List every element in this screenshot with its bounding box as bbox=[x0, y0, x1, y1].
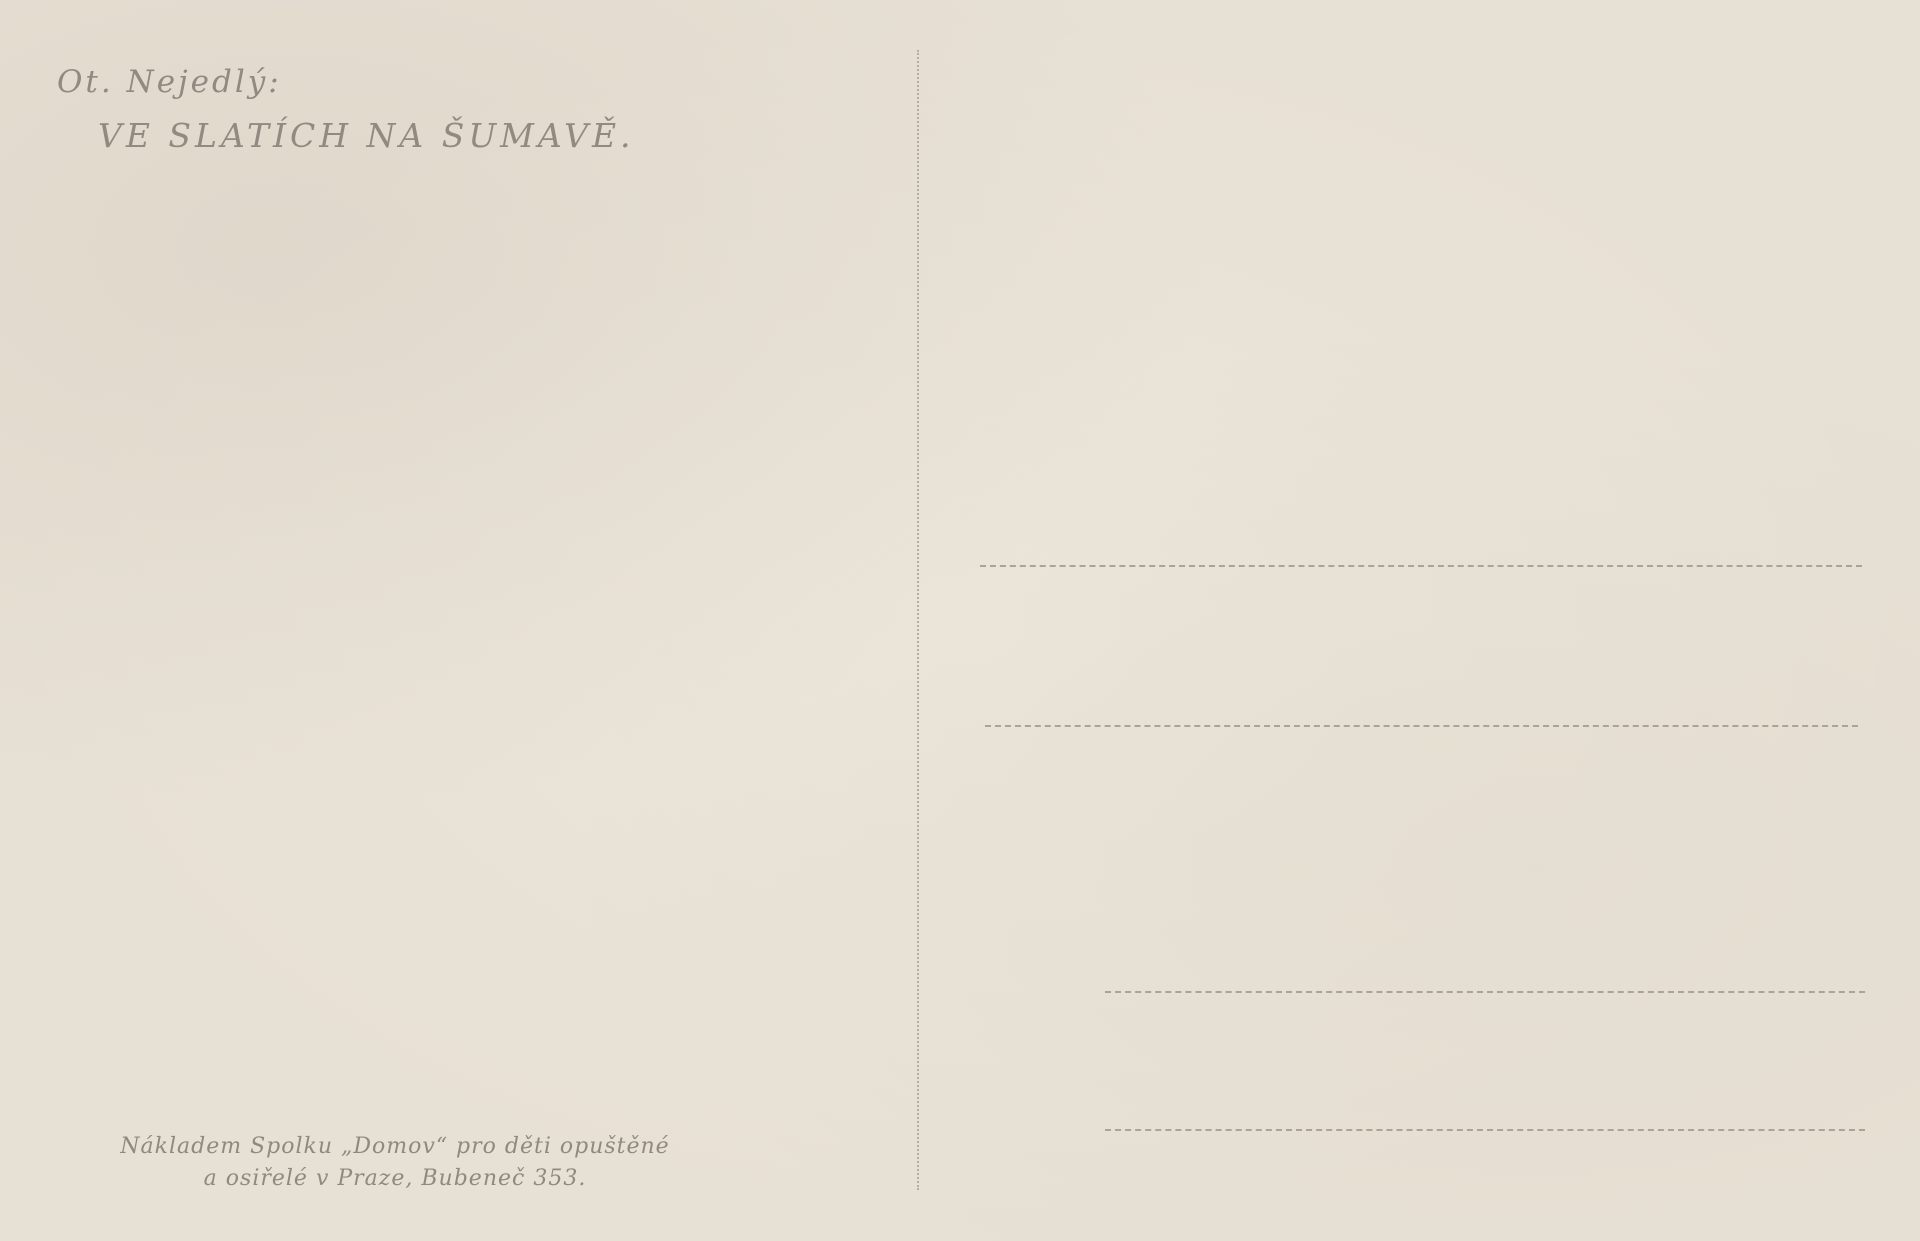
title-heading: VE SLATÍCH NA ŠUMAVĚ. bbox=[98, 116, 635, 155]
address-line-2 bbox=[985, 725, 1858, 727]
center-divider bbox=[917, 50, 919, 1190]
address-line-4 bbox=[1105, 1129, 1865, 1131]
author-heading: Ot. Nejedlý: bbox=[57, 64, 282, 100]
address-line-3 bbox=[1105, 991, 1865, 993]
publisher-imprint-line-1: Nákladem Spolku „Domov“ pro děti opuštěn… bbox=[40, 1134, 750, 1159]
publisher-imprint-line-2: a osiřelé v Praze, Bubeneč 353. bbox=[40, 1166, 750, 1191]
address-line-1 bbox=[980, 565, 1862, 567]
